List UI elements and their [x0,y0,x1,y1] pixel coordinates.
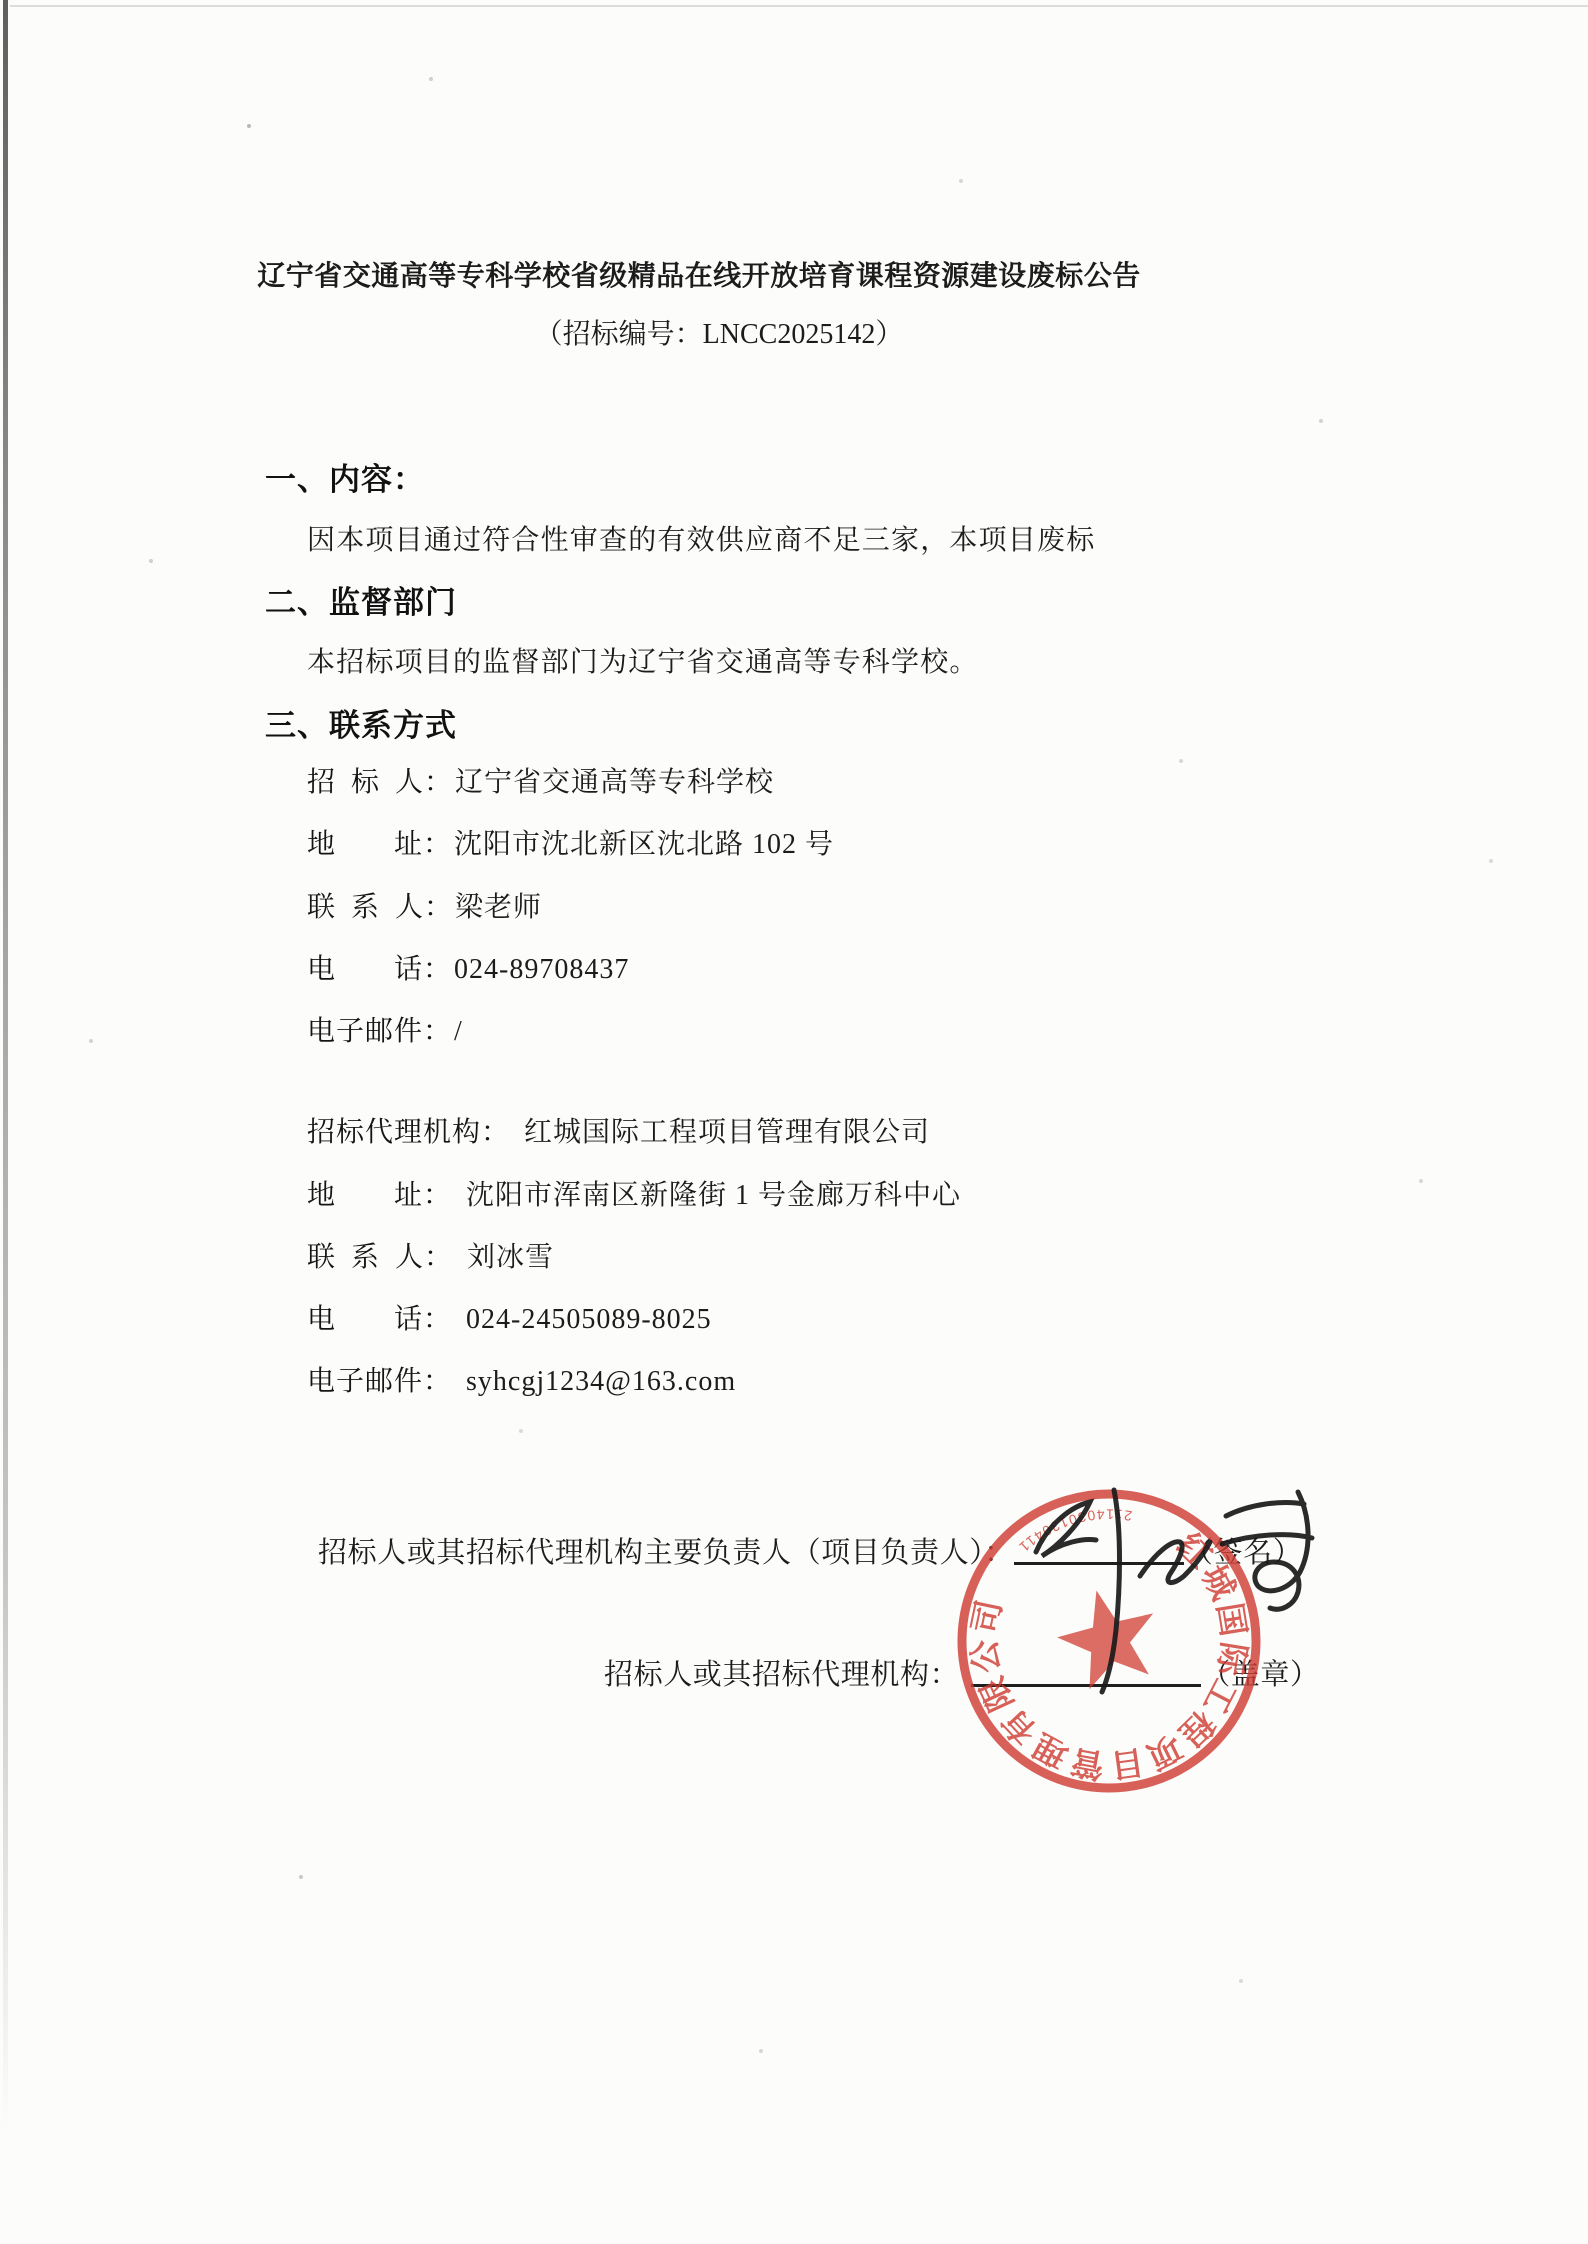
page-title: 辽宁省交通高等专科学校省级精品在线开放培育课程资源建设废标公告 [0,254,1588,294]
contact-label: 联 系 人： [307,1242,453,1273]
contact-label: 电子邮件： [307,1366,452,1397]
section-body-content: 因本项目通过符合性审查的有效供应商不足三家，本项目废标 [307,518,1095,558]
contact-value: 024-89708437 [454,954,629,985]
contact-value: 辽宁省交通高等专科学校 [455,767,774,798]
contact-label: 招标代理机构： [307,1117,510,1148]
contact-label: 招 标 人： [307,767,453,798]
signoff-label: 招标人或其招标代理机构： [604,1659,959,1691]
tenderer-row-phone: 电 话：024-89708437 [307,947,629,987]
section-heading-contact: 三、联系方式 [265,700,457,745]
contact-label: 联 系 人： [307,892,453,923]
agency-row-contact-person: 联 系 人：刘冰雪 [307,1235,554,1275]
section-heading-supervisor: 二、监督部门 [265,577,457,622]
tenderer-row-contact-person: 联 系 人：梁老师 [307,885,542,925]
signoff-label: 招标人或其招标代理机构主要负责人（项目负责人）： [318,1537,1014,1569]
agency-row-address: 地 址：沈阳市浑南区新隆街 1 号金廊万科中心 [307,1173,961,1213]
contact-value: / [454,1016,463,1047]
contact-value: syhcgj1234@163.com [466,1366,736,1397]
agency-row-name: 招标代理机构：红城国际工程项目管理有限公司 [307,1110,930,1150]
contact-value: 沈阳市浑南区新隆街 1 号金廊万科中心 [466,1180,961,1211]
contact-value: 沈阳市沈北新区沈北路 102 号 [454,829,834,860]
section-heading-content: 一、内容： [265,454,425,499]
agency-row-email: 电子邮件：syhcgj1234@163.com [307,1359,736,1399]
tenderer-row-email: 电子邮件：/ [307,1009,463,1049]
handwritten-signature [995,1465,1345,1715]
scan-edge-artifact-top [10,5,1588,7]
tenderer-row-address: 地 址：沈阳市沈北新区沈北路 102 号 [307,822,834,862]
scan-noise-speckles [0,0,2,2]
contact-label: 电子邮件： [307,1016,452,1047]
contact-value: 刘冰雪 [467,1242,554,1273]
contact-value: 红城国际工程项目管理有限公司 [524,1117,930,1148]
tender-number-line: （招标编号：LNCC2025142） [0,312,1588,352]
scanned-document-page: 辽宁省交通高等专科学校省级精品在线开放培育课程资源建设废标公告 （招标编号：LN… [0,0,1588,2244]
section-body-supervisor: 本招标项目的监督部门为辽宁省交通高等专科学校。 [307,640,979,680]
contact-label: 电 话： [307,1304,452,1335]
tenderer-row-name: 招 标 人：辽宁省交通高等专科学校 [307,760,774,800]
contact-label: 地 址： [307,829,452,860]
contact-value: 024-24505089-8025 [466,1304,712,1335]
agency-row-phone: 电 话：024-24505089-8025 [307,1297,712,1337]
contact-label: 电 话： [307,954,452,985]
contact-label: 地 址： [307,1180,452,1211]
contact-value: 梁老师 [455,892,542,923]
